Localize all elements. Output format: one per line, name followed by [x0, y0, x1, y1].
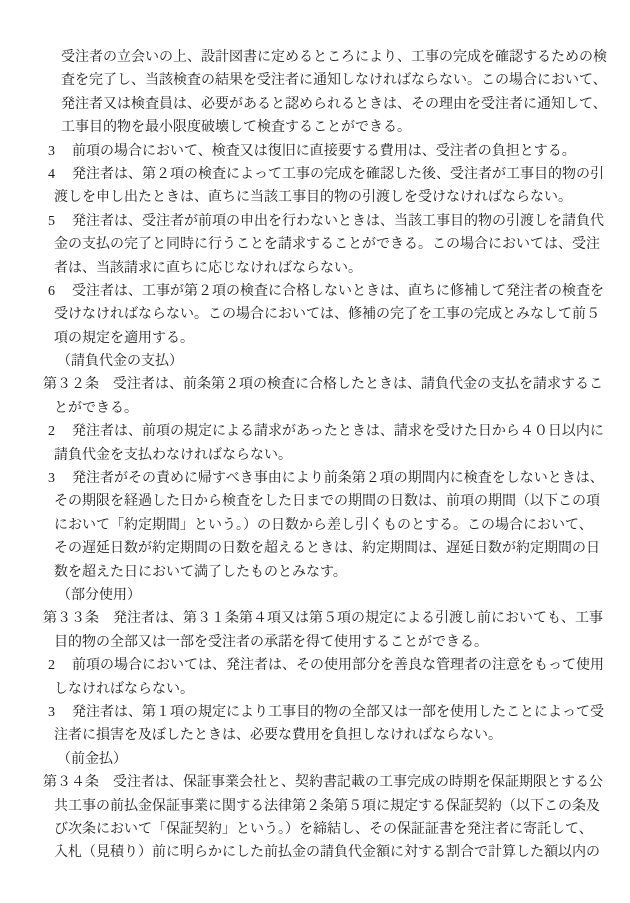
item-number: 2 — [43, 420, 72, 443]
section-heading: （請負代金の支払） — [0, 350, 630, 373]
article-line: 第３３条 発注者は、第３１条第４項又は第５項の規定による引渡し前においても、工事 — [0, 607, 630, 630]
continuation-line: 査を完了し、当該検査の結果を受注者に通知しなければならない。この場合において、 — [0, 69, 630, 92]
contract-text-block: 受注者の立会いの上、設計図書に定めるところにより、工事の完成を確認するための検査… — [0, 46, 630, 865]
item-number: 6 — [43, 280, 72, 303]
continuation-line: び次条において「保証契約」という。）を締結し、その保証証書を発注者に寄託して、 — [0, 818, 630, 841]
item-text: 発注者は、受注者が前項の申出を行わないときは、当該工事目的物の引渡しを請負代 — [72, 214, 604, 229]
item-number: 3 — [43, 701, 72, 724]
continuation-line: 渡しを申し出たときは、直ちに当該工事目的物の引渡しを受けなければならない。 — [0, 186, 630, 209]
item-line: 3発注者は、第１項の規定により工事目的物の全部又は一部を使用したことによって受 — [0, 701, 630, 724]
item-line: 3前項の場合において、検査又は復旧に直接要する費用は、受注者の負担とする。 — [0, 140, 630, 163]
item-line: 2前項の場合においては、発注者は、その使用部分を善良な管理者の注意をもって使用 — [0, 654, 630, 677]
continuation-line: 受けなければならない。この場合においては、修補の完了を工事の完成とみなして前５ — [0, 303, 630, 326]
item-number: 2 — [43, 654, 72, 677]
continuation-line: 受注者の立会いの上、設計図書に定めるところにより、工事の完成を確認するための検 — [0, 46, 630, 69]
continuation-line: 数を超えた日において満了したものとみなす。 — [0, 561, 630, 584]
continuation-line: 者は、当該請求に直ちに応じなければならない。 — [0, 257, 630, 280]
continuation-line: 入札（見積り）前に明らかにした前払金の請負代金額に対する割合で計算した額以内の — [0, 841, 630, 864]
continuation-line: その遅延日数が約定期間の日数を超えるときは、約定期間は、遅延日数が約定期間の日 — [0, 537, 630, 560]
continuation-line: 項の規定を適用する。 — [0, 327, 630, 350]
item-text: 前項の場合においては、発注者は、その使用部分を善良な管理者の注意をもって使用 — [72, 658, 604, 673]
continuation-line: 工事目的物を最小限度破壊して検査することができる。 — [0, 116, 630, 139]
continuation-line: 請負代金を支払わなければならない。 — [0, 444, 630, 467]
continuation-line: その期限を経過した日から検査をした日までの期間の日数は、前項の期間（以下この項 — [0, 490, 630, 513]
item-text: 発注者は、第２項の検査によって工事の完成を確認した後、受注者が工事目的物の引 — [72, 167, 604, 182]
document-page: 受注者の立会いの上、設計図書に定めるところにより、工事の完成を確認するための検査… — [0, 0, 630, 903]
continuation-line: 共工事の前払金保証事業に関する法律第２条第５項に規定する保証契約（以下この条及 — [0, 795, 630, 818]
item-number: 3 — [43, 140, 72, 163]
continuation-line: 金の支払の完了と同時に行うことを請求することができる。この場合においては、受注 — [0, 233, 630, 256]
item-number: 4 — [43, 163, 72, 186]
continuation-line: において「約定期間」という。）の日数から差し引くものとする。この場合において、 — [0, 514, 630, 537]
item-line: 3発注者がその責めに帰すべき事由により前条第２項の期間内に検査をしないときは、 — [0, 467, 630, 490]
item-text: 発注者は、前項の規定による請求があったときは、請求を受けた日から４０日以内に — [72, 424, 604, 439]
item-line: 4発注者は、第２項の検査によって工事の完成を確認した後、受注者が工事目的物の引 — [0, 163, 630, 186]
continuation-line: 目的物の全部又は一部を受注者の承諾を得て使用することができる。 — [0, 631, 630, 654]
section-heading: （部分使用） — [0, 584, 630, 607]
section-heading: （前金払） — [0, 748, 630, 771]
continuation-line: 発注者又は検査員は、必要があると認められるときは、その理由を受注者に通知して、 — [0, 93, 630, 116]
item-line: 2発注者は、前項の規定による請求があったときは、請求を受けた日から４０日以内に — [0, 420, 630, 443]
continuation-line: とができる。 — [0, 397, 630, 420]
continuation-line: 注者に損害を及ぼしたときは、必要な費用を負担しなければならない。 — [0, 724, 630, 747]
item-text: 発注者がその責めに帰すべき事由により前条第２項の期間内に検査をしないときは、 — [72, 471, 604, 486]
article-line: 第３２条 受注者は、前条第２項の検査に合格したときは、請負代金の支払を請求するこ — [0, 373, 630, 396]
item-number: 3 — [43, 467, 72, 490]
item-text: 発注者は、第１項の規定により工事目的物の全部又は一部を使用したことによって受 — [72, 705, 604, 720]
article-line: 第３４条 受注者は、保証事業会社と、契約書記載の工事完成の時期を保証期限とする公 — [0, 771, 630, 794]
item-number: 5 — [43, 210, 72, 233]
item-text: 受注者は、工事が第２項の検査に合格しないときは、直ちに修補して発注者の検査を — [72, 284, 604, 299]
item-line: 5発注者は、受注者が前項の申出を行わないときは、当該工事目的物の引渡しを請負代 — [0, 210, 630, 233]
item-line: 6受注者は、工事が第２項の検査に合格しないときは、直ちに修補して発注者の検査を — [0, 280, 630, 303]
item-text: 前項の場合において、検査又は復旧に直接要する費用は、受注者の負担とする。 — [72, 144, 576, 159]
continuation-line: しなければならない。 — [0, 678, 630, 701]
